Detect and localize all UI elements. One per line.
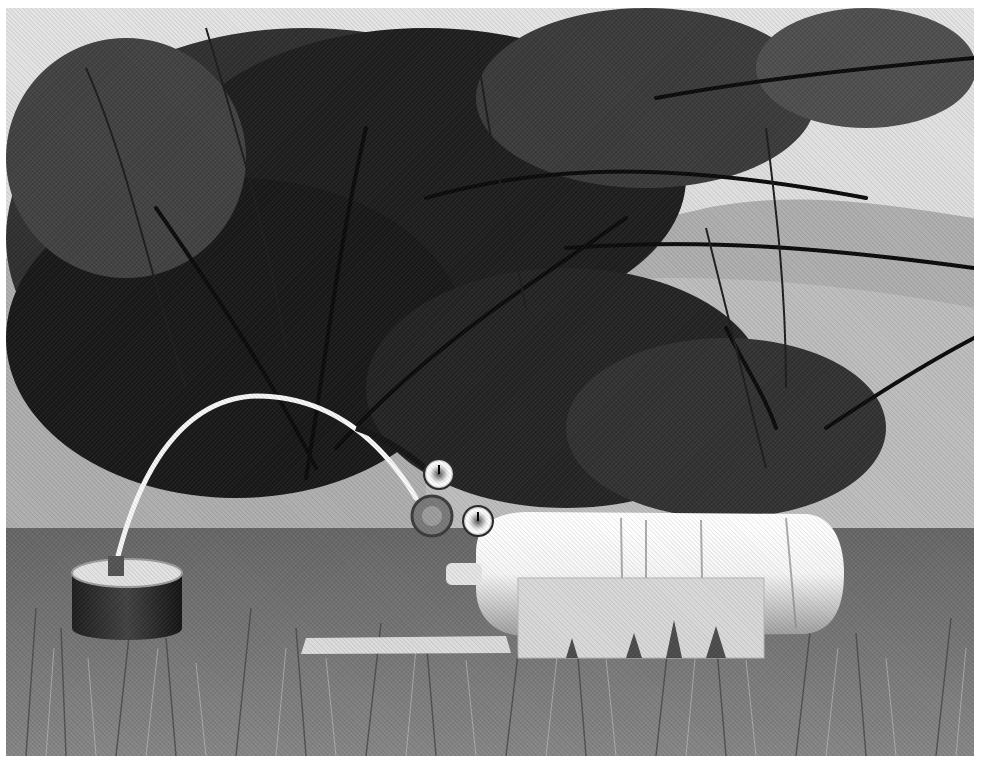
label-panel xyxy=(518,578,764,658)
pressure-gauge xyxy=(463,506,493,536)
pressure-gauge xyxy=(424,459,454,489)
canister xyxy=(72,556,182,640)
photograph xyxy=(6,8,974,756)
photo-scene xyxy=(6,8,974,756)
regulator xyxy=(412,496,452,536)
